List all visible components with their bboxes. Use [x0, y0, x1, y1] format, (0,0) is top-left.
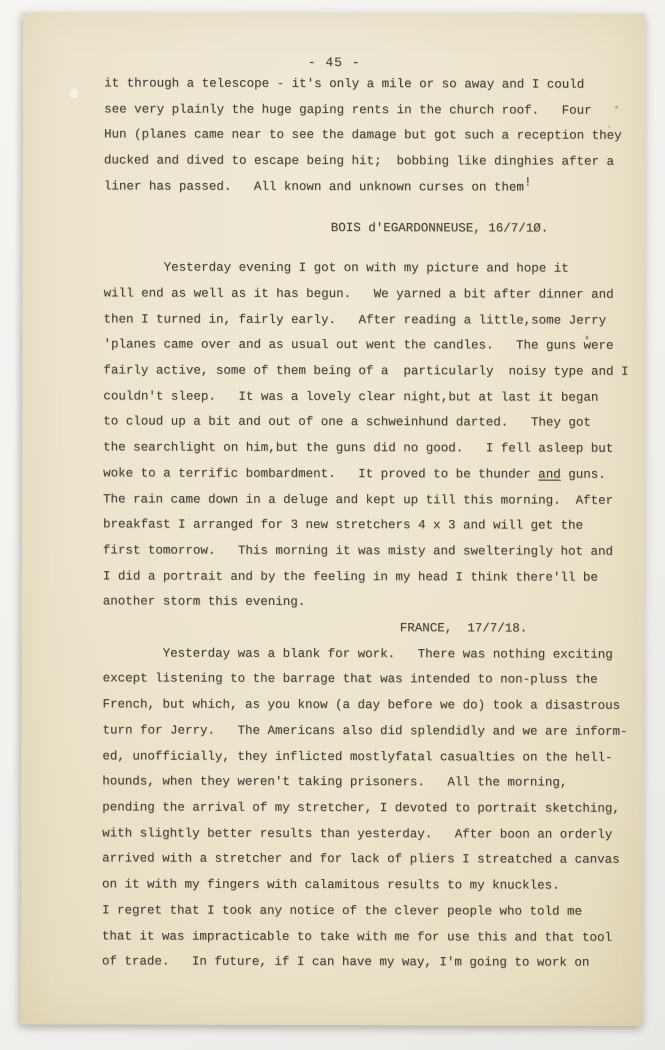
typed-line: I regret that I took any notice of the c… — [102, 898, 637, 925]
paragraph: Yesterday evening I got on with my pictu… — [103, 256, 639, 617]
typed-line: arrived with a stretcher and for lack of… — [102, 847, 637, 874]
typed-line: ed, unofficially, they inflicted mostlyf… — [102, 744, 637, 771]
typed-line: of trade. In future, if I can have my wa… — [102, 950, 637, 977]
typed-line: see very plainly the huge gaping rents i… — [104, 97, 639, 124]
typed-page: - 45 - it through a telescope - it's onl… — [21, 12, 646, 1026]
typed-line: except listening to the barrage that was… — [103, 667, 638, 694]
typed-line: Yesterday evening I got on with my pictu… — [104, 256, 639, 283]
typed-segment-raised: ! — [524, 175, 532, 189]
typed-line: another storm this evening. — [103, 590, 638, 617]
typed-line: ducked and dived to escape being hit; bo… — [104, 149, 639, 176]
typed-line: woke to a terrific bombardment. It prove… — [103, 461, 638, 488]
typed-line: will end as well as it has begun. We yar… — [104, 281, 639, 308]
typed-line: 'planes came over and as usual out went … — [103, 333, 638, 360]
typed-line: BOIS d'EGARDONNEUSE, 16/7/1Ø. — [104, 215, 639, 242]
typed-line: first tomorrow. This morning it was mist… — [103, 538, 638, 565]
typed-line: liner has passed. All known and unknown … — [104, 174, 639, 201]
typed-line: breakfast I arranged for 3 new stretcher… — [103, 513, 638, 540]
typed-line: to cloud up a bit and out of one a schwe… — [103, 410, 638, 437]
dateline: FRANCE, 17/7/18. — [103, 615, 638, 642]
typed-line: pending the arrival of my stretcher, I d… — [102, 795, 637, 822]
typed-line: Yesterday was a blank for work. There wa… — [103, 641, 638, 668]
typed-line: The rain came down in a deluge and kept … — [103, 487, 638, 514]
typed-segment: liner has passed. All known and unknown … — [104, 179, 524, 194]
page-number: - 45 - — [23, 54, 645, 71]
typed-line: Hun (planes came near to see the damage … — [104, 123, 639, 150]
paper-chip — [70, 88, 78, 98]
typed-line: with slightly better results than yester… — [102, 821, 637, 848]
typed-line: I did a portrait and by the feeling in m… — [103, 564, 638, 591]
typed-line: it through a telescope - it's only a mil… — [104, 71, 639, 98]
typed-segment-u: and — [538, 467, 561, 481]
typed-line: couldn't sleep. It was a lovely clear ni… — [103, 384, 638, 411]
paper-speck — [585, 336, 588, 340]
dateline: BOIS d'EGARDONNEUSE, 16/7/1Ø. — [104, 215, 639, 242]
paragraph: Yesterday was a blank for work. There wa… — [102, 641, 638, 977]
typed-line: hounds, when they weren't taking prisone… — [102, 770, 637, 797]
typed-segment: woke to a terrific bombardment. It prove… — [103, 466, 538, 481]
typed-line: fairly active, some of them being of a p… — [103, 358, 638, 385]
typed-body: it through a telescope - it's only a mil… — [102, 71, 639, 976]
paper-speck — [615, 106, 618, 109]
typed-line: that it was impracticable to take with m… — [102, 924, 637, 951]
typed-line: FRANCE, 17/7/18. — [103, 615, 638, 642]
typed-segment: guns. — [561, 467, 606, 481]
typed-line: the searchlight on him,but the guns did … — [103, 436, 638, 463]
typed-line: on it with my fingers with calamitous re… — [102, 872, 637, 899]
paper-speck — [608, 126, 610, 128]
paragraph: it through a telescope - it's only a mil… — [104, 71, 639, 201]
typed-line: French, but which, as you know (a day be… — [102, 693, 637, 720]
typed-line: then I turned in, fairly early. After re… — [103, 307, 638, 334]
typed-line: turn for Jerry. The Americans also did s… — [102, 718, 637, 745]
